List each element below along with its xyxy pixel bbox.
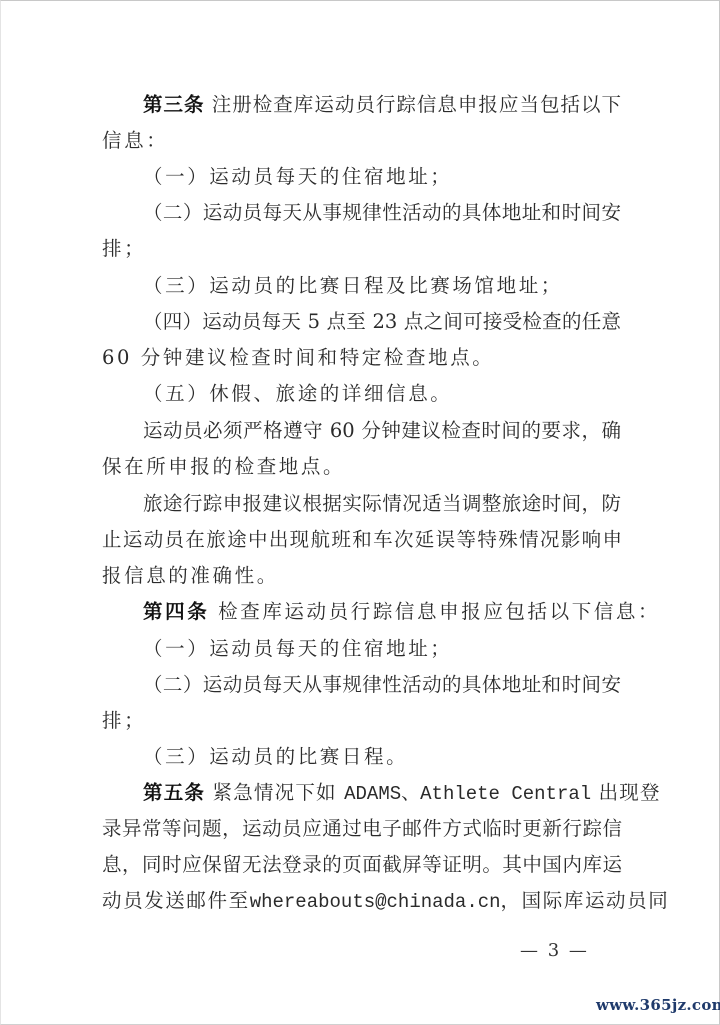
article3-item-2-line2: 排；: [102, 236, 622, 262]
article4-heading: 第四条: [143, 600, 209, 623]
article5-line4: 动员发送邮件至whereabouts@chinada.cn，国际库运动员同: [102, 888, 622, 914]
article3-para2-line2: 止运动员在旅途中出现航班和车次延误等特殊情况影响申: [102, 527, 622, 553]
article3-para1-line2: 保在所申报的检查地点。: [102, 454, 622, 480]
email-address: whereabouts@chinada.cn: [250, 891, 501, 913]
article4-intro: 第四条 检查库运动员行踪信息申报应包括以下信息：: [143, 599, 663, 625]
article3-item-4-line1: （四）运动员每天 5 点至 23 点之间可接受检查的任意: [143, 309, 621, 335]
article4-item-1: （一）运动员每天的住宿地址；: [143, 636, 663, 662]
article4-item-3: （三）运动员的比赛日程。: [143, 744, 663, 770]
article3-item-5: （五）休假、旅途的详细信息。: [143, 381, 663, 407]
article3-item-2-line1: （二）运动员每天从事规律性活动的具体地址和时间安: [143, 200, 621, 226]
article3-heading: 第三条: [143, 93, 205, 116]
article3-item-4-line2: 60 分钟建议检查时间和特定检查地点。: [102, 345, 622, 371]
article3-para1-line1: 运动员必须严格遵守 60 分钟建议检查时间的要求，确: [143, 418, 621, 444]
article4-item-2-line1: （二）运动员每天从事规律性活动的具体地址和时间安: [143, 672, 621, 698]
article5-line3: 息，同时应保留无法登录的页面截屏等证明。其中国内库运: [102, 852, 622, 878]
article3-intro-line2: 信息：: [102, 128, 622, 154]
article5-line1: 第五条 紧急情况下如 ADAMS、Athlete Central 出现登: [143, 780, 663, 806]
article3-item-1: （一）运动员每天的住宿地址；: [143, 164, 663, 190]
system-names: ADAMS、Athlete Central: [344, 783, 591, 805]
article4-item-2-line2: 排；: [102, 708, 622, 734]
watermark: www.365jz.com: [596, 996, 720, 1014]
article5-heading: 第五条: [143, 781, 205, 804]
article3-para2-line1: 旅途行踪申报建议根据实际情况适当调整旅途时间，防: [143, 491, 621, 517]
article5-line2: 录异常等问题，运动员应通过电子邮件方式临时更新行踪信: [102, 816, 622, 842]
article3-item-3: （三）运动员的比赛日程及比赛场馆地址；: [143, 273, 663, 299]
article3-para2-line3: 报信息的准确性。: [102, 563, 622, 589]
page-number: — 3 —: [520, 940, 589, 961]
article3-intro-line1: 第三条 注册检查库运动员行踪信息申报应当包括以下: [143, 92, 621, 118]
